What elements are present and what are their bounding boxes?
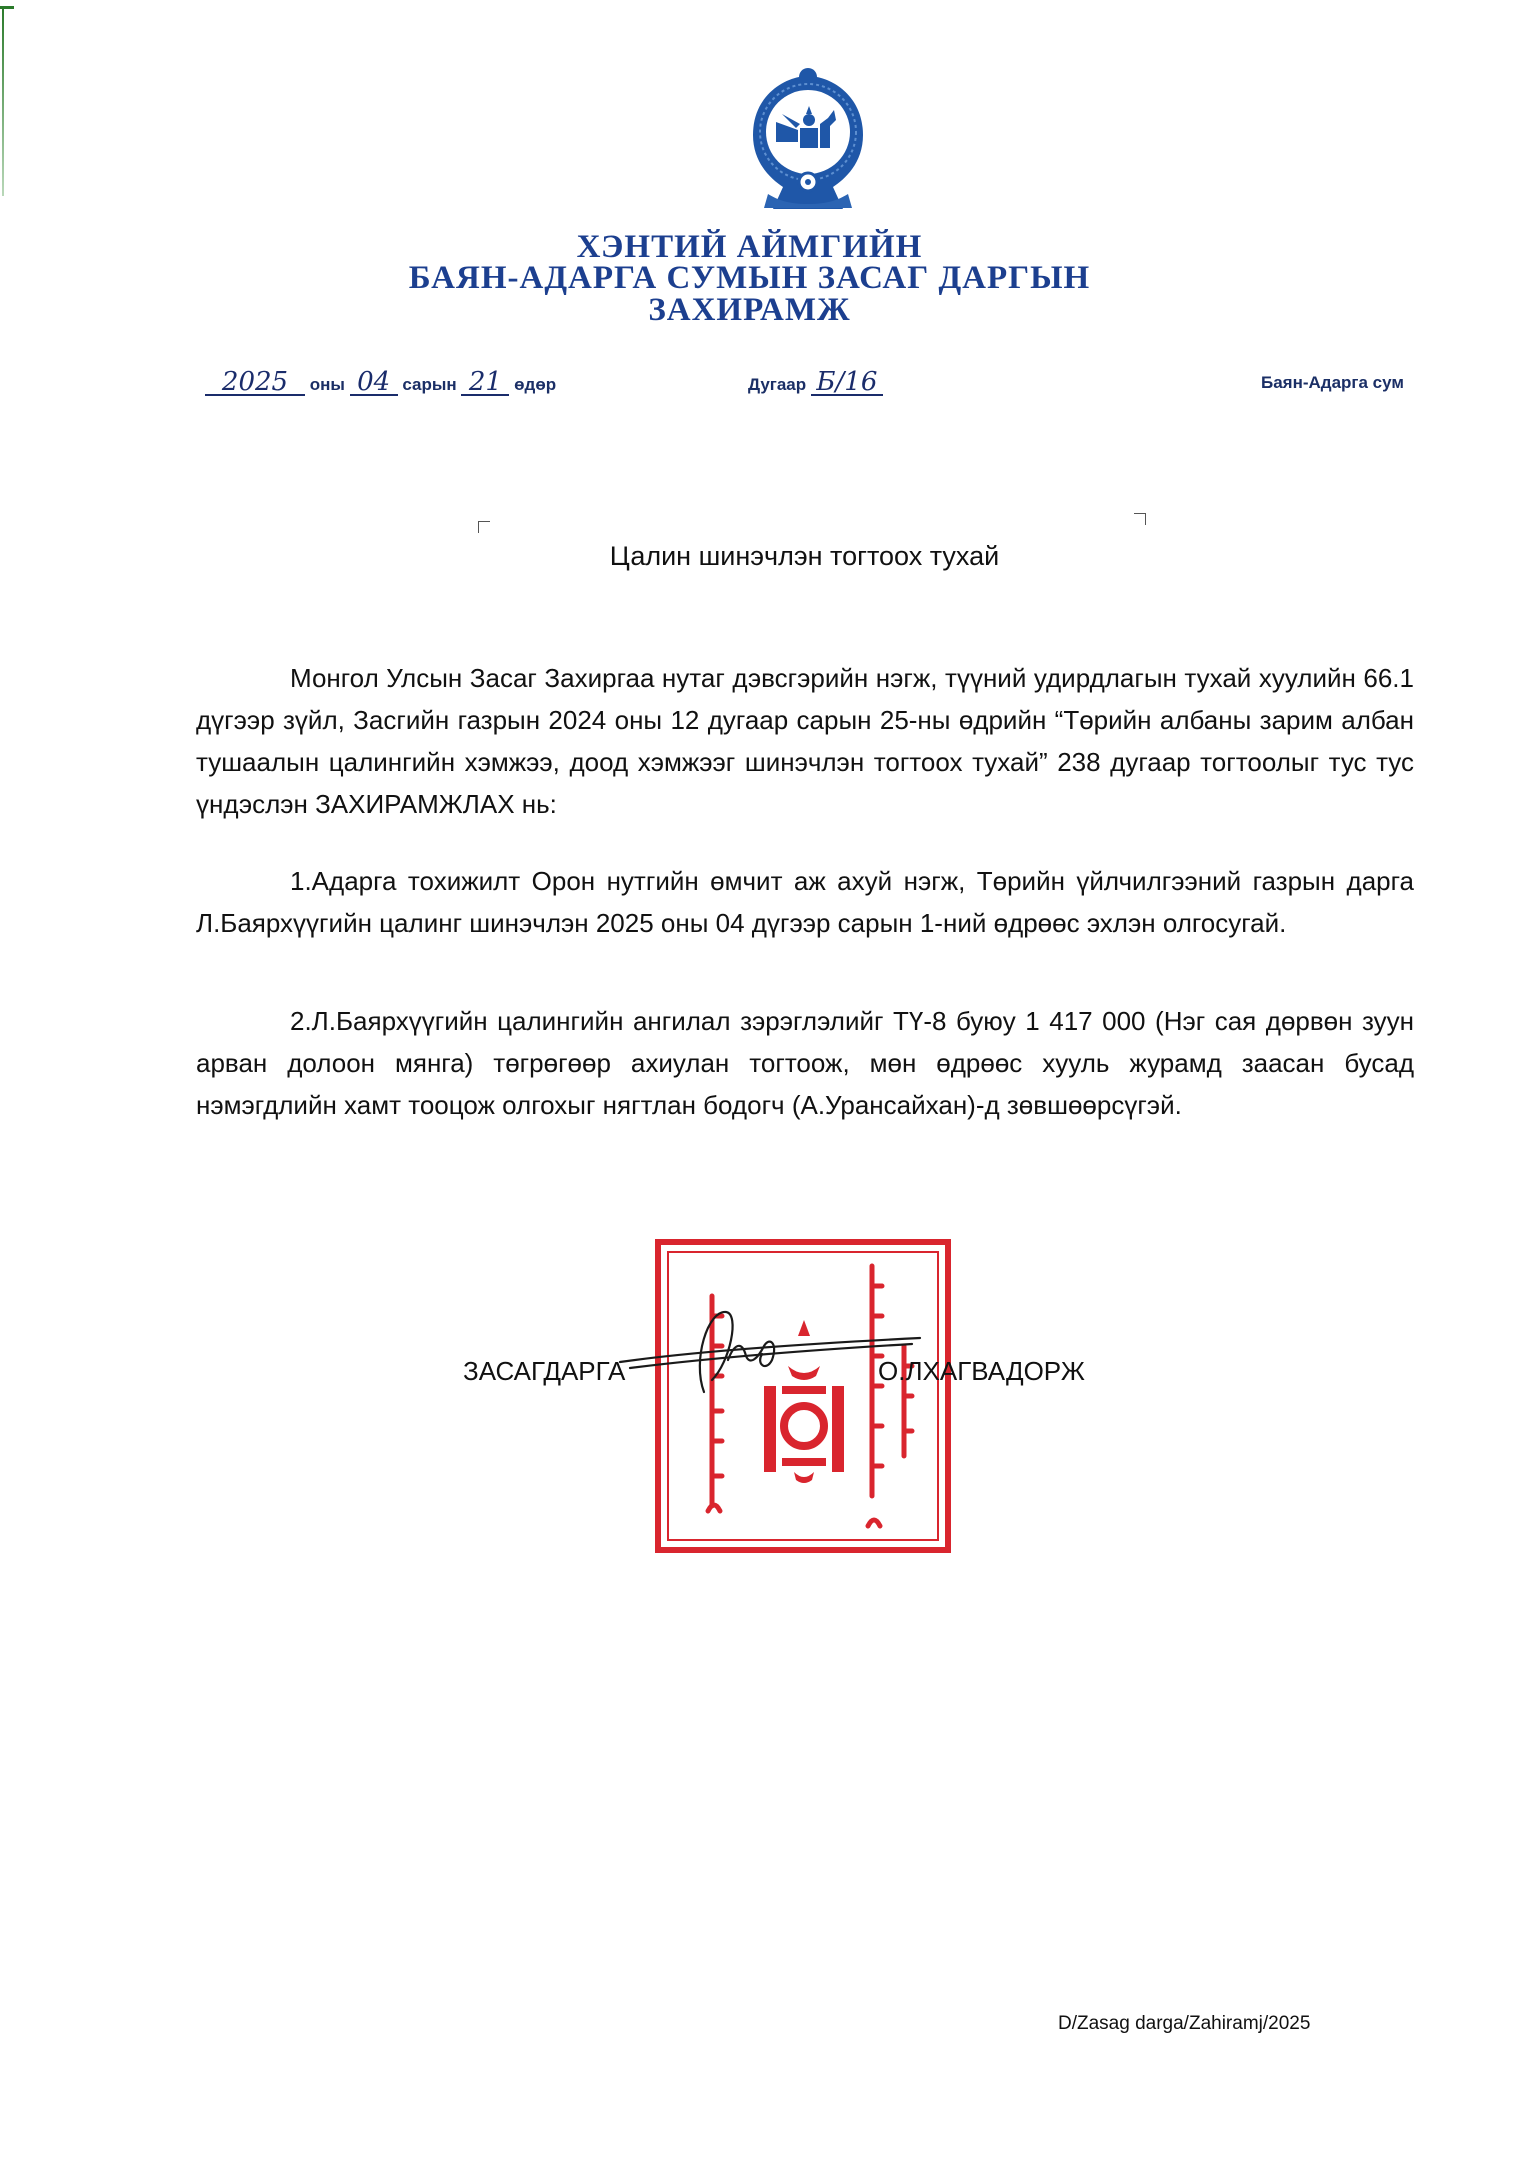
number-value: Б/16	[811, 370, 883, 396]
order-item-text: 1.Адарга тохижилт Орон нутгийн өмчит аж …	[196, 860, 1414, 944]
signatory-name: О.ЛХАГВАДОРЖ	[878, 1356, 1085, 1387]
document-number: Дугаар Б/16	[748, 370, 883, 396]
scan-edge-line	[2, 6, 4, 196]
date-line: 2025 оны 04 сарын 21 өдөр	[205, 370, 556, 396]
order-item-text: 2.Л.Баярхүүгийн цалингийн ангилал зэрэгл…	[196, 1000, 1414, 1126]
order-item-2: 2.Л.Баярхүүгийн цалингийн ангилал зэрэгл…	[196, 1000, 1414, 1126]
subject-bracket-right	[1134, 513, 1146, 525]
scan-edge-mark	[0, 6, 14, 9]
order-item-1: 1.Адарга тохижилт Орон нутгийн өмчит аж …	[196, 860, 1414, 944]
issue-place: Баян-Адарга сум	[1261, 373, 1404, 393]
day-label: өдөр	[514, 375, 556, 394]
file-path-footer: D/Zasag darga/Zahiramj/2025	[1058, 2013, 1310, 2035]
document-subject: Цалин шинэчлэн тогтоох тухай	[45, 541, 1519, 572]
date-day: 21	[461, 370, 509, 396]
preamble-text: Монгол Улсын Засаг Захиргаа нутаг дэвсгэ…	[196, 657, 1414, 825]
header-document-type: ЗАХИРАМЖ	[0, 292, 1509, 329]
signatory-title: ЗАСАГДАРГА	[463, 1356, 625, 1387]
date-year: 2025	[205, 370, 305, 396]
year-label: оны	[310, 375, 345, 394]
state-emblem-icon	[738, 62, 878, 222]
date-month: 04	[350, 370, 398, 396]
preamble-paragraph: Монгол Улсын Засаг Захиргаа нутаг дэвсгэ…	[196, 657, 1414, 825]
month-label: сарын	[402, 375, 456, 394]
number-label: Дугаар	[748, 375, 806, 394]
subject-bracket-left	[478, 521, 490, 533]
